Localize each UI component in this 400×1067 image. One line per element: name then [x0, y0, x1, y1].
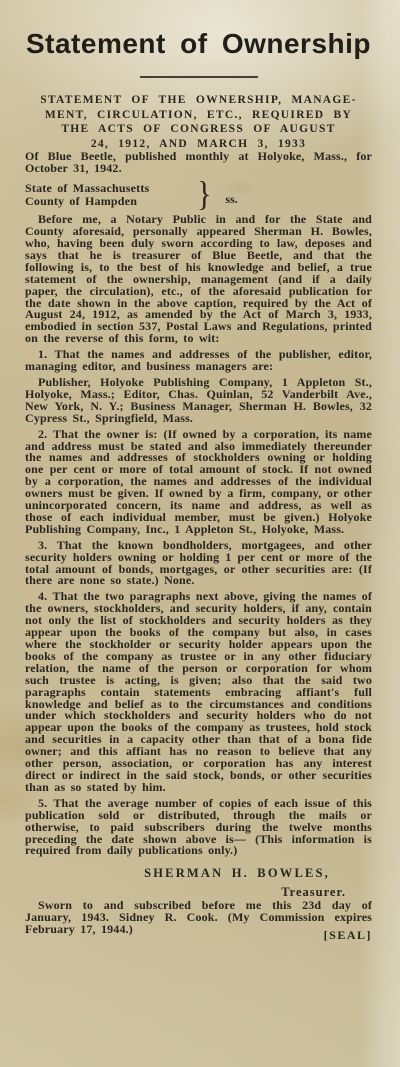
venue-lines: State of Massachusetts County of Hampden — [25, 182, 193, 208]
page-title: Statement of Ownership — [25, 28, 372, 60]
venue-block: State of Massachusetts County of Hampden… — [25, 182, 372, 208]
paragraph-2: 2. That the owner is: (If owned by a cor… — [25, 429, 372, 536]
statement-of-ownership-page: Statement of Ownership STATEMENT OF THE … — [0, 0, 400, 1067]
brace-glyph: } — [197, 180, 211, 210]
paragraph-3: 3. That the known bondholders, mortgagee… — [25, 540, 372, 588]
paragraph-1-detail: Publisher, Holyoke Publishing Company, 1… — [25, 377, 372, 425]
heading-line-1: STATEMENT OF THE OWNERSHIP, MANAGE- — [25, 93, 372, 108]
page-content: Statement of Ownership STATEMENT OF THE … — [0, 0, 400, 943]
paragraph-5: 5. That the average number of copies of … — [25, 798, 372, 858]
venue-county: County of Hampden — [25, 195, 193, 208]
notary-preamble-paragraph: Before me, a Notary Public in and for th… — [25, 214, 372, 345]
statement-heading: STATEMENT OF THE OWNERSHIP, MANAGE- MENT… — [25, 93, 372, 151]
heading-line-3: THE ACTS OF CONGRESS OF AUGUST — [25, 122, 372, 137]
heading-line-2: MENT, CIRCULATION, ETC., REQUIRED BY — [25, 108, 372, 123]
signatory-name: SHERMAN H. BOWLES, — [25, 866, 372, 881]
paragraph-1: 1. That the names and addresses of the p… — [25, 349, 372, 373]
document-body: Of Blue Beetle, published monthly at Hol… — [25, 151, 372, 943]
title-divider-rule — [140, 76, 258, 78]
venue-ss-abbreviation: ss. — [225, 192, 237, 208]
publication-line: Of Blue Beetle, published monthly at Hol… — [25, 151, 372, 175]
paragraph-4: 4. That the two paragraphs next above, g… — [25, 591, 372, 793]
